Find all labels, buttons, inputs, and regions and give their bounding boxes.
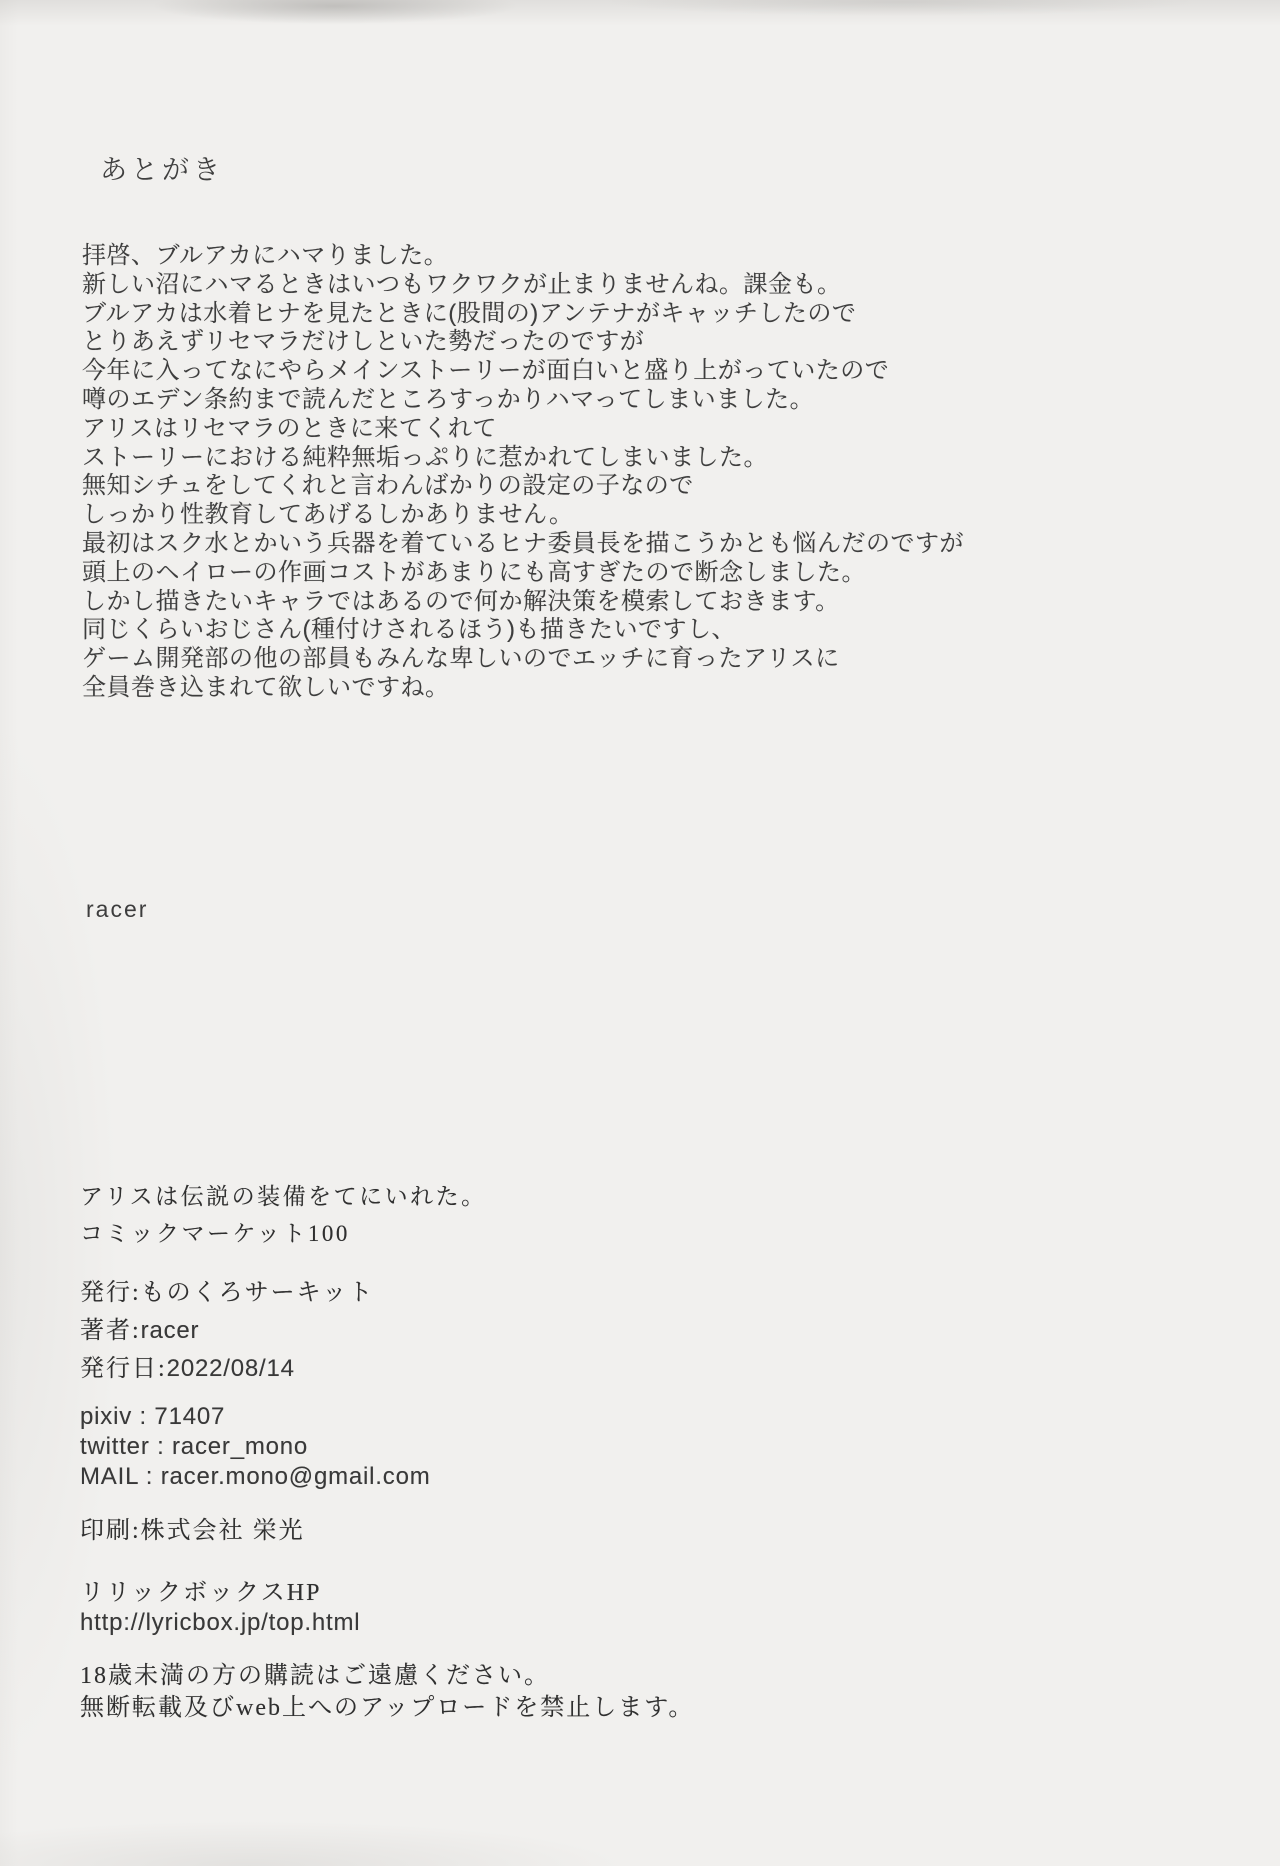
author-label: 著者: <box>80 1318 141 1344</box>
no-upload-notice: 無断転載及びweb上へのアップロードを禁止します。 <box>80 1692 1200 1724</box>
author-name: racer <box>141 1317 200 1344</box>
afterword-line: しかし描きたいキャラではあるので何か解決策を模索しておきます。 <box>82 588 1232 617</box>
afterword-line: とりあえずリセマラだけしといた勢だったのですが <box>82 328 1232 357</box>
publisher-name: ものくろサーキット <box>141 1280 375 1306</box>
pixiv-label: pixiv : <box>80 1403 154 1430</box>
afterword-line: 全員巻き込まれて欲しいですね。 <box>82 674 1232 703</box>
scanned-afterword-page: あとがき 拝啓、ブルアカにハマりました。 新しい沼にハマるときはいつもワクワクが… <box>0 0 1280 1866</box>
page-title: あとがき <box>100 148 224 187</box>
twitter-line: twitter : racer_mono <box>80 1432 1200 1462</box>
website-info-group: リリックボックスHP http://lyricbox.jp/top.html <box>80 1578 1200 1638</box>
afterword-line: 同じくらいおじさん(種付けされるほう)も描きたいですし、 <box>82 616 1232 645</box>
twitter-id: racer_mono <box>172 1433 308 1460</box>
publisher-line: 発行:ものくろサーキット <box>80 1274 1200 1312</box>
afterword-body: 拝啓、ブルアカにハマりました。 新しい沼にハマるときはいつもワクワクが止まりませ… <box>82 242 1232 703</box>
afterword-line: ゲーム開発部の他の部員もみんな卑しいのでエッチに育ったアリスに <box>82 645 1232 674</box>
author-signature: racer <box>86 896 148 923</box>
afterword-line: しっかり性教育してあげるしかありません。 <box>82 501 1232 530</box>
printer-name: 株式会社 栄光 <box>141 1518 305 1544</box>
afterword-line: 拝啓、ブルアカにハマりました。 <box>82 242 1232 271</box>
afterword-line: 新しい沼にハマるときはいつもワクワクが止まりませんね。課金も。 <box>82 271 1232 300</box>
publisher-label: 発行: <box>80 1280 141 1306</box>
date-label: 発行日: <box>80 1356 167 1382</box>
pixiv-id: 71407 <box>154 1403 225 1430</box>
website-url: http://lyricbox.jp/top.html <box>80 1608 1200 1638</box>
afterword-line: 頭上のヘイローの作画コストがあまりにも高すぎたので断念しました。 <box>82 559 1232 588</box>
mail-line: MAIL : racer.mono@gmail.com <box>80 1462 1200 1492</box>
book-title: アリスは伝説の装備をてにいれた。 <box>80 1178 1200 1215</box>
author-line: 著者:racer <box>80 1312 1200 1350</box>
publish-date-line: 発行日:2022/08/14 <box>80 1350 1200 1388</box>
printer-label: 印刷: <box>80 1518 141 1544</box>
pixiv-line: pixiv : 71407 <box>80 1402 1200 1432</box>
afterword-line: ストーリーにおける純粋無垢っぷりに惹かれてしまいました。 <box>82 444 1232 473</box>
afterword-line: 最初はスク水とかいう兵器を着ているヒナ委員長を描こうかとも悩んだのですが <box>82 530 1232 559</box>
afterword-line: 今年に入ってなにやらメインストーリーが面白いと盛り上がっていたので <box>82 357 1232 386</box>
mail-label: MAIL : <box>80 1463 161 1490</box>
publication-info-group: 発行:ものくろサーキット 著者:racer 発行日:2022/08/14 <box>80 1274 1200 1388</box>
event-name: コミックマーケット100 <box>80 1215 1200 1252</box>
website-name: リリックボックスHP <box>80 1578 1200 1608</box>
legal-notice-group: 18歳未満の方の購読はご遠慮ください。 無断転載及びweb上へのアップロードを禁… <box>80 1660 1200 1724</box>
printer-line: 印刷:株式会社 栄光 <box>80 1516 1200 1546</box>
printer-info-group: 印刷:株式会社 栄光 <box>80 1516 1200 1546</box>
mail-address: racer.mono@gmail.com <box>161 1463 431 1490</box>
afterword-line: 無知シチュをしてくれと言わんばかりの設定の子なので <box>82 472 1232 501</box>
age-restriction-notice: 18歳未満の方の購読はご遠慮ください。 <box>80 1660 1200 1692</box>
afterword-line: アリスはリセマラのときに来てくれて <box>82 415 1232 444</box>
colophon-title-group: アリスは伝説の装備をてにいれた。 コミックマーケット100 <box>80 1178 1200 1252</box>
colophon: アリスは伝説の装備をてにいれた。 コミックマーケット100 発行:ものくろサーキ… <box>80 1178 1200 1724</box>
date-value: 2022/08/14 <box>167 1355 295 1382</box>
afterword-line: ブルアカは水着ヒナを見たときに(股間の)アンテナがキャッチしたので <box>82 300 1232 329</box>
contact-info-group: pixiv : 71407 twitter : racer_mono MAIL … <box>80 1402 1200 1492</box>
twitter-label: twitter : <box>80 1433 172 1460</box>
afterword-line: 噂のエデン条約まで読んだところすっかりハマってしまいました。 <box>82 386 1232 415</box>
